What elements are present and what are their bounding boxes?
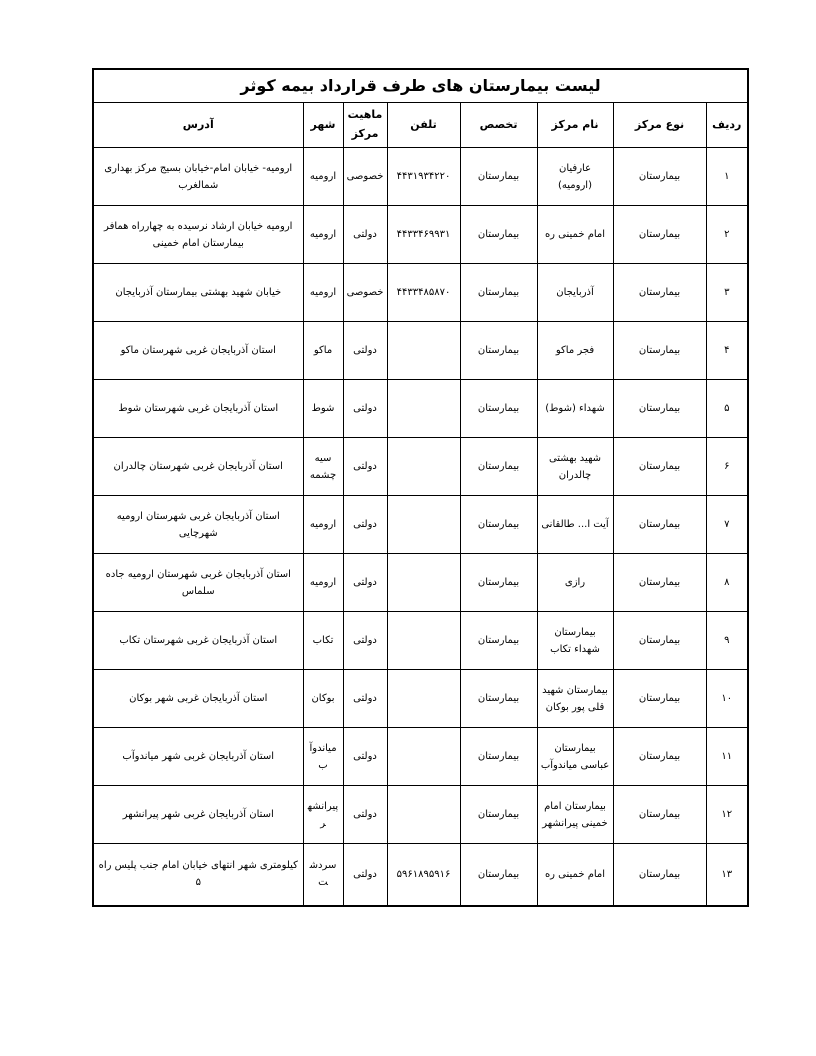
city-cell: ماکو — [303, 322, 343, 380]
city-cell: سردشت — [303, 844, 343, 906]
address-cell: استان آذربایجان غربی شهرستان ارومیه جاده… — [93, 554, 303, 612]
city-cell: بوکان — [303, 670, 343, 728]
table-row: ۸بیمارستانرازیبیمارستاندولتیارومیهاستان … — [93, 554, 748, 612]
nature-cell: دولتی — [343, 554, 387, 612]
specialty-cell: بیمارستان — [460, 844, 537, 906]
address-cell: استان آذربایجان غربی شهرستان ارومیه شهرچ… — [93, 496, 303, 554]
nature-cell: دولتی — [343, 380, 387, 438]
nature-cell: دولتی — [343, 322, 387, 380]
table-row: ۶بیمارستانشهید بهشتی چالدرانبیمارستاندول… — [93, 438, 748, 496]
center-name-cell: آذربایجان — [537, 264, 613, 322]
address-cell: ارومیه- خیابان امام-خیابان بسیج مرکز بهد… — [93, 148, 303, 206]
center-name-cell: امام خمینی ره — [537, 844, 613, 906]
table-header-row: ردیفنوع مرکزنام مرکزتخصصتلفنماهیت مرکزشه… — [93, 103, 748, 148]
row-no-cell: ۱۰ — [706, 670, 748, 728]
specialty-cell: بیمارستان — [460, 612, 537, 670]
table-row: ۹بیمارستانبیمارستان شهداء تکاببیمارستاند… — [93, 612, 748, 670]
table-row: ۱۰بیمارستانبیمارستان شهید قلی پور بوکانب… — [93, 670, 748, 728]
nature-cell: دولتی — [343, 496, 387, 554]
column-header-row-no: ردیف — [706, 103, 748, 148]
phone-cell — [387, 670, 460, 728]
address-cell: استان آذربایجان غربی شهر میاندوآب — [93, 728, 303, 786]
row-no-cell: ۱ — [706, 148, 748, 206]
hospital-table: لیست بیمارستان های طرف قرارداد بیمه کوثر… — [92, 68, 749, 907]
center-name-cell: شهید بهشتی چالدران — [537, 438, 613, 496]
table-row: ۱بیمارستانعارفیان (ارومیه)بیمارستان۴۴۳۱۹… — [93, 148, 748, 206]
nature-cell: دولتی — [343, 728, 387, 786]
nature-cell: دولتی — [343, 670, 387, 728]
row-no-cell: ۹ — [706, 612, 748, 670]
center-type-cell: بیمارستان — [613, 206, 706, 264]
nature-cell: دولتی — [343, 438, 387, 496]
column-header-specialty: تخصص — [460, 103, 537, 148]
address-cell: خیابان شهید بهشتی بیمارستان آذربایجان — [93, 264, 303, 322]
specialty-cell: بیمارستان — [460, 380, 537, 438]
specialty-cell: بیمارستان — [460, 496, 537, 554]
table-row: ۵بیمارستانشهداء (شوط)بیمارستاندولتیشوطاس… — [93, 380, 748, 438]
phone-cell: ۴۴۳۳۴۶۹۹۳۱ — [387, 206, 460, 264]
row-no-cell: ۸ — [706, 554, 748, 612]
row-no-cell: ۲ — [706, 206, 748, 264]
phone-cell — [387, 438, 460, 496]
address-cell: استان آذربایجان غربی شهر بوکان — [93, 670, 303, 728]
center-name-cell: آیت ا... طالقانی — [537, 496, 613, 554]
column-header-center-name: نام مرکز — [537, 103, 613, 148]
center-name-cell: شهداء (شوط) — [537, 380, 613, 438]
table-row: ۱۳بیمارستانامام خمینی رهبیمارستان۵۹۶۱۸۹۵… — [93, 844, 748, 906]
specialty-cell: بیمارستان — [460, 554, 537, 612]
center-name-cell: بیمارستان شهداء تکاب — [537, 612, 613, 670]
address-cell: استان آذربایجان غربی شهرستان تکاب — [93, 612, 303, 670]
center-name-cell: فجر ماکو — [537, 322, 613, 380]
center-type-cell: بیمارستان — [613, 844, 706, 906]
table-row: ۴بیمارستانفجر ماکوبیمارستاندولتیماکواستا… — [93, 322, 748, 380]
center-type-cell: بیمارستان — [613, 264, 706, 322]
phone-cell — [387, 554, 460, 612]
city-cell: ارومیه — [303, 206, 343, 264]
document-page: لیست بیمارستان های طرف قرارداد بیمه کوثر… — [0, 0, 816, 1056]
row-no-cell: ۴ — [706, 322, 748, 380]
center-type-cell: بیمارستان — [613, 728, 706, 786]
table-row: ۲بیمارستانامام خمینی رهبیمارستان۴۴۳۳۴۶۹۹… — [93, 206, 748, 264]
address-cell: استان آذربایجان غربی شهرستان چالدران — [93, 438, 303, 496]
column-header-phone: تلفن — [387, 103, 460, 148]
specialty-cell: بیمارستان — [460, 322, 537, 380]
nature-cell: دولتی — [343, 206, 387, 264]
center-name-cell: بیمارستان شهید قلی پور بوکان — [537, 670, 613, 728]
center-name-cell: رازی — [537, 554, 613, 612]
center-type-cell: بیمارستان — [613, 496, 706, 554]
specialty-cell: بیمارستان — [460, 728, 537, 786]
phone-cell — [387, 496, 460, 554]
phone-cell — [387, 786, 460, 844]
phone-cell: ۵۹۶۱۸۹۵۹۱۶ — [387, 844, 460, 906]
column-header-city: شهر — [303, 103, 343, 148]
nature-cell: دولتی — [343, 786, 387, 844]
specialty-cell: بیمارستان — [460, 206, 537, 264]
city-cell: ارومیه — [303, 496, 343, 554]
column-header-nature: ماهیت مرکز — [343, 103, 387, 148]
specialty-cell: بیمارستان — [460, 148, 537, 206]
center-type-cell: بیمارستان — [613, 670, 706, 728]
table-row: ۷بیمارستانآیت ا... طالقانیبیمارستاندولتی… — [93, 496, 748, 554]
phone-cell — [387, 612, 460, 670]
city-cell: ارومیه — [303, 148, 343, 206]
center-name-cell: عارفیان (ارومیه) — [537, 148, 613, 206]
phone-cell — [387, 380, 460, 438]
column-header-center-type: نوع مرکز — [613, 103, 706, 148]
specialty-cell: بیمارستان — [460, 786, 537, 844]
city-cell: ارومیه — [303, 264, 343, 322]
phone-cell — [387, 322, 460, 380]
table-row: ۱۱بیمارستانبیمارستان عباسی میاندوآببیمار… — [93, 728, 748, 786]
phone-cell — [387, 728, 460, 786]
center-type-cell: بیمارستان — [613, 612, 706, 670]
address-cell: استان آذربایجان غربی شهرستان شوط — [93, 380, 303, 438]
table-title-row: لیست بیمارستان های طرف قرارداد بیمه کوثر — [93, 69, 748, 103]
city-cell: سیه چشمه — [303, 438, 343, 496]
city-cell: ارومیه — [303, 554, 343, 612]
center-name-cell: بیمارستان عباسی میاندوآب — [537, 728, 613, 786]
center-type-cell: بیمارستان — [613, 438, 706, 496]
table-row: ۱۲بیمارستانبیمارستان امام خمینی پیرانشهر… — [93, 786, 748, 844]
nature-cell: خصوصی — [343, 264, 387, 322]
row-no-cell: ۱۲ — [706, 786, 748, 844]
center-type-cell: بیمارستان — [613, 554, 706, 612]
page-title: لیست بیمارستان های طرف قرارداد بیمه کوثر — [93, 69, 748, 103]
city-cell: پیرانشهر — [303, 786, 343, 844]
row-no-cell: ۳ — [706, 264, 748, 322]
nature-cell: دولتی — [343, 844, 387, 906]
row-no-cell: ۱۳ — [706, 844, 748, 906]
table-body: ۱بیمارستانعارفیان (ارومیه)بیمارستان۴۴۳۱۹… — [93, 148, 748, 906]
city-cell: تکاب — [303, 612, 343, 670]
row-no-cell: ۵ — [706, 380, 748, 438]
address-cell: ارومیه خیابان ارشاد نرسیده به چهارراه هم… — [93, 206, 303, 264]
table-row: ۳بیمارستانآذربایجانبیمارستان۴۴۳۳۴۸۵۸۷۰خص… — [93, 264, 748, 322]
column-header-address: آدرس — [93, 103, 303, 148]
row-no-cell: ۶ — [706, 438, 748, 496]
phone-cell: ۴۴۳۱۹۳۴۲۲۰ — [387, 148, 460, 206]
row-no-cell: ۱۱ — [706, 728, 748, 786]
center-name-cell: بیمارستان امام خمینی پیرانشهر — [537, 786, 613, 844]
address-cell: استان آذربایجان غربی شهر پیرانشهر — [93, 786, 303, 844]
address-cell: استان آذربایجان غربی شهرستان ماکو — [93, 322, 303, 380]
center-type-cell: بیمارستان — [613, 786, 706, 844]
center-type-cell: بیمارستان — [613, 148, 706, 206]
nature-cell: دولتی — [343, 612, 387, 670]
specialty-cell: بیمارستان — [460, 264, 537, 322]
specialty-cell: بیمارستان — [460, 438, 537, 496]
row-no-cell: ۷ — [706, 496, 748, 554]
specialty-cell: بیمارستان — [460, 670, 537, 728]
phone-cell: ۴۴۳۳۴۸۵۸۷۰ — [387, 264, 460, 322]
city-cell: شوط — [303, 380, 343, 438]
center-name-cell: امام خمینی ره — [537, 206, 613, 264]
nature-cell: خصوصی — [343, 148, 387, 206]
center-type-cell: بیمارستان — [613, 322, 706, 380]
city-cell: میاندوآب — [303, 728, 343, 786]
address-cell: کیلومتری شهر انتهای خیابان امام جنب پلیس… — [93, 844, 303, 906]
center-type-cell: بیمارستان — [613, 380, 706, 438]
